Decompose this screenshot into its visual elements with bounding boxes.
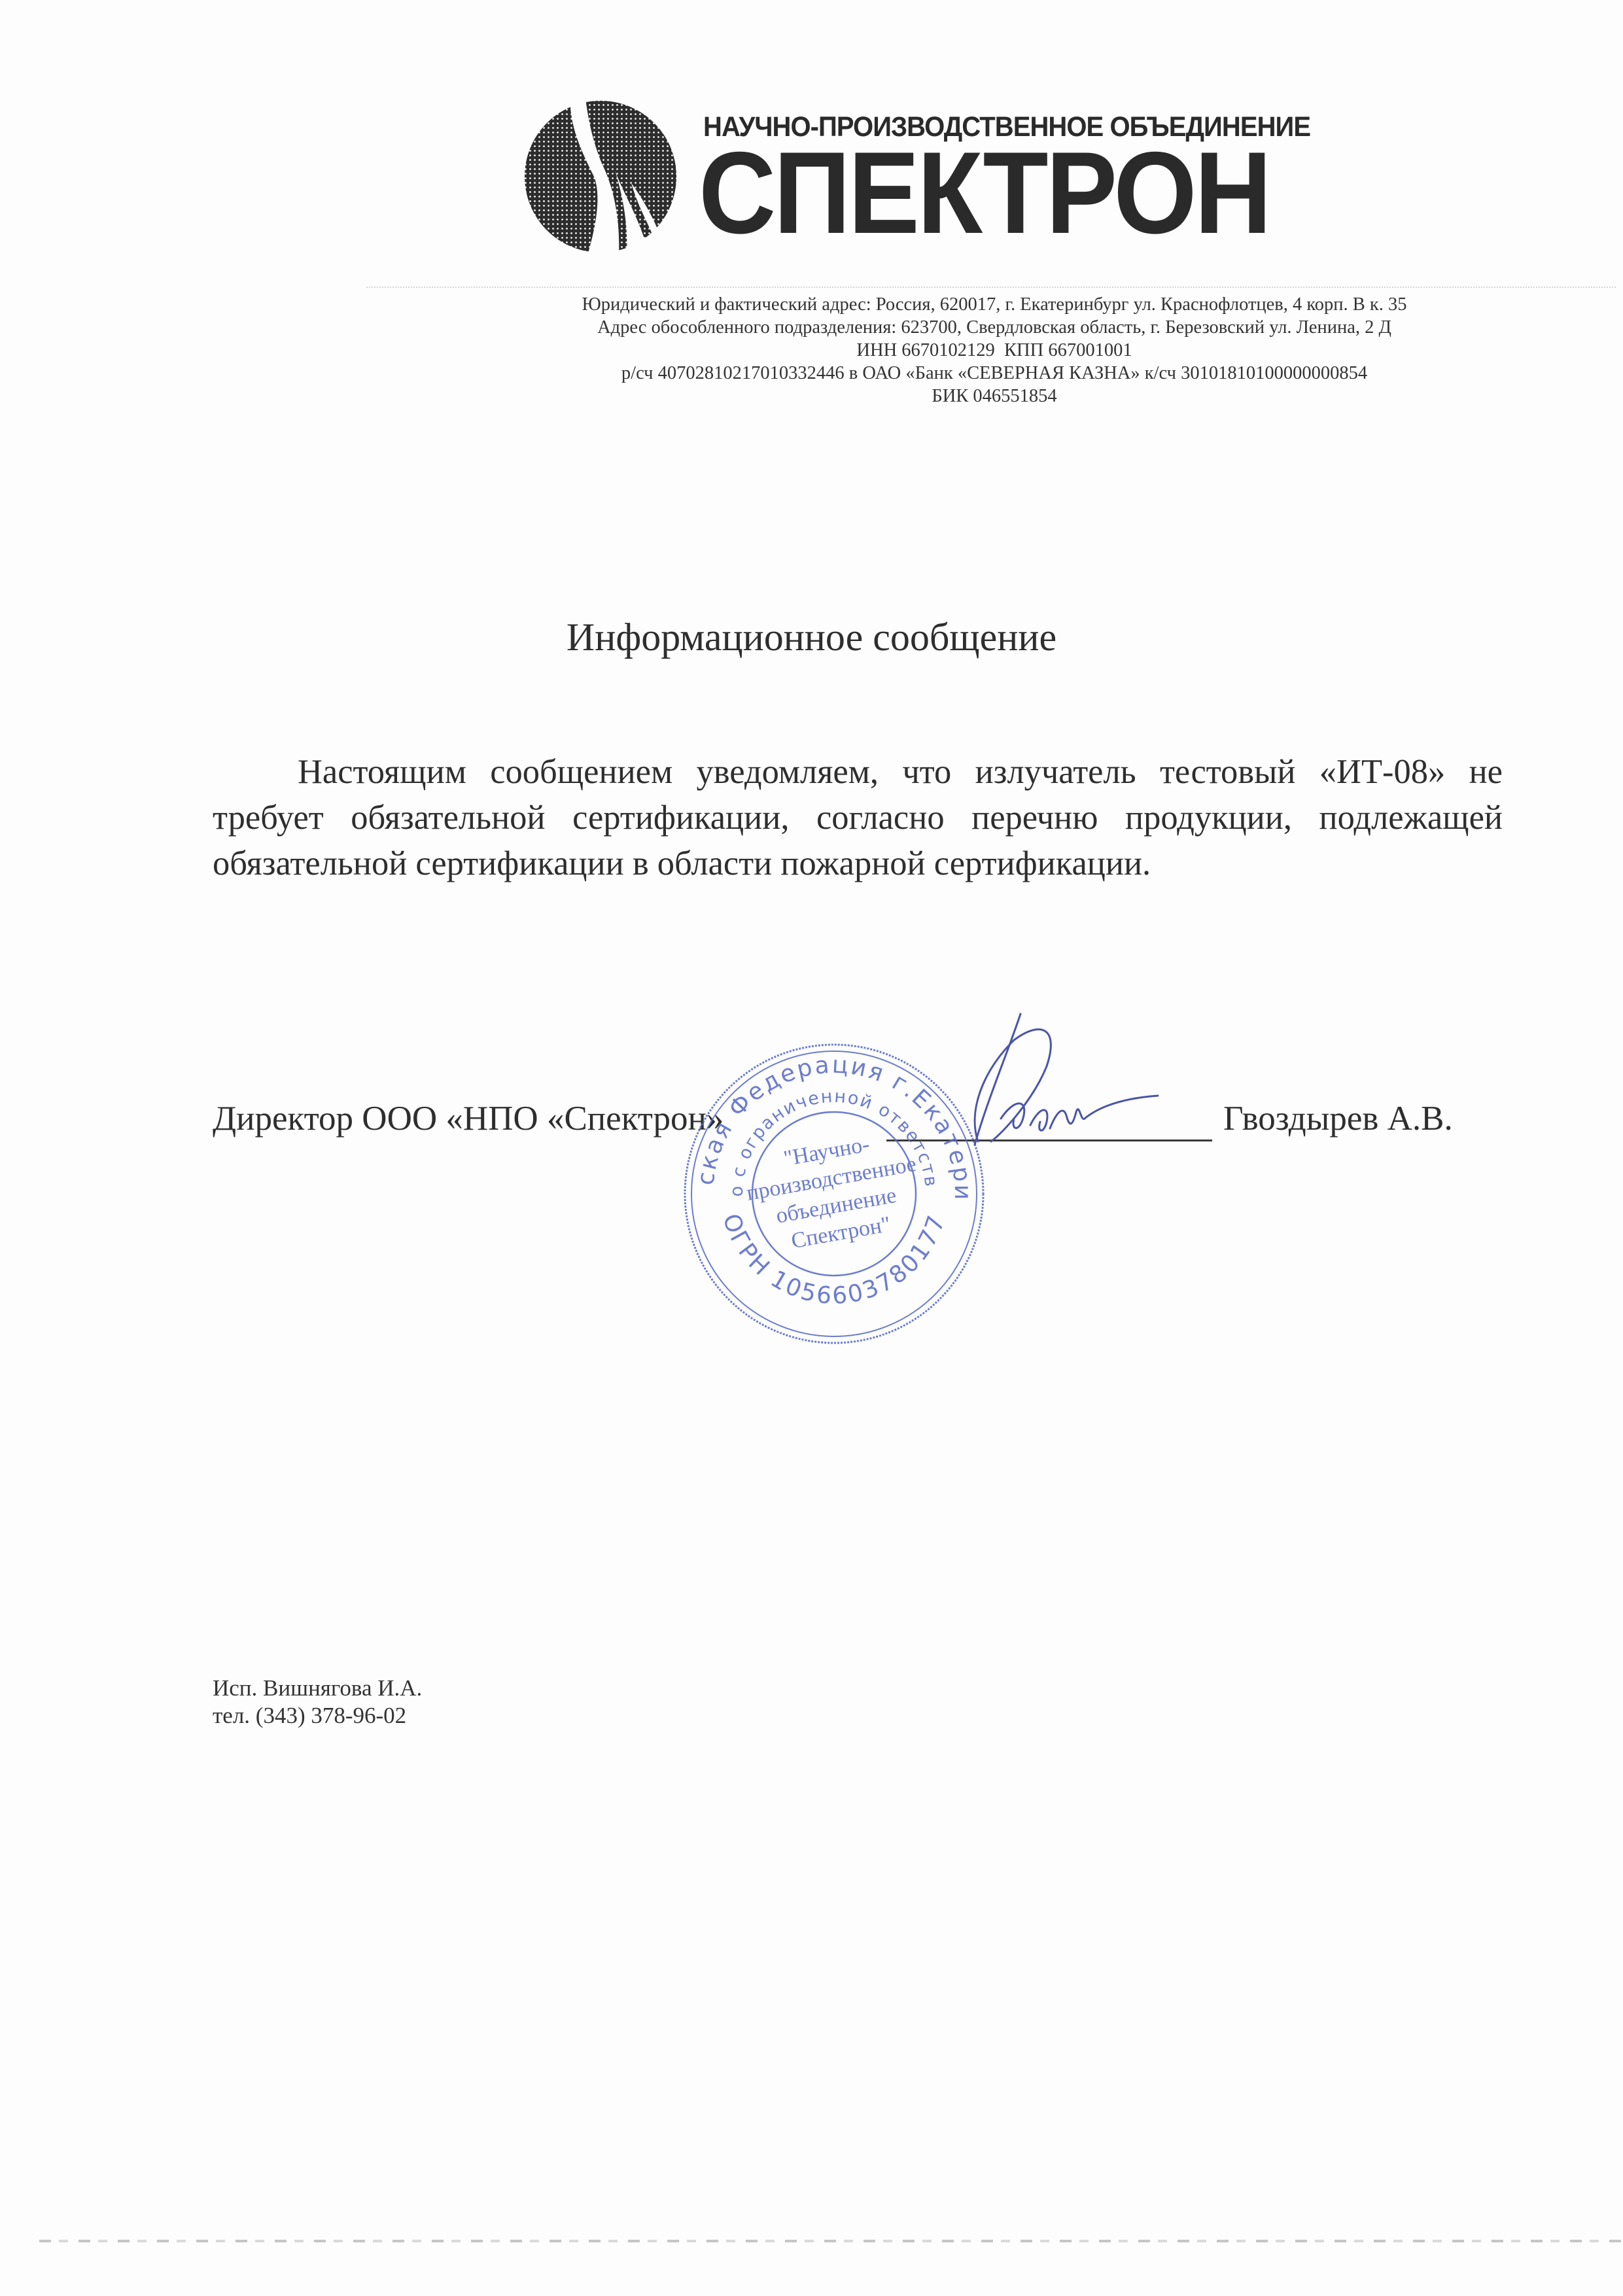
signatory-role: Директор ООО «НПО «Спектрон» xyxy=(213,1099,724,1138)
inn-kpp: ИНН 6670102129 КПП 667001001 xyxy=(366,339,1622,362)
document-title: Информационное сообщение xyxy=(0,615,1623,660)
executor-name: Исп. Вишнягова И.А. xyxy=(213,1675,422,1702)
executor-info: Исп. Вишнягова И.А. тел. (343) 378-96-02 xyxy=(213,1675,422,1730)
branch-address: Адрес обособленного подразделения: 62370… xyxy=(366,316,1622,339)
signatory-name: Гвоздырев А.В. xyxy=(1223,1099,1453,1138)
halftone-circle-logo-icon xyxy=(523,98,680,255)
document-body: Настоящим сообщением уведомляем, что изл… xyxy=(213,749,1503,886)
header-divider xyxy=(366,287,1616,288)
bank-account: р/сч 40702810217010332446 в ОАО «Банк «С… xyxy=(366,362,1622,385)
company-requisites: Юридический и фактический адрес: Россия,… xyxy=(366,293,1622,408)
scan-artifact-edge xyxy=(39,2240,1622,2242)
bik: БИК 046551854 xyxy=(366,385,1622,408)
handwritten-signature-icon xyxy=(942,1001,1236,1164)
brand-wordmark: СПЕКТРОН xyxy=(699,141,1270,245)
legal-address: Юридический и фактический адрес: Россия,… xyxy=(366,293,1622,316)
executor-phone: тел. (343) 378-96-02 xyxy=(213,1702,422,1730)
